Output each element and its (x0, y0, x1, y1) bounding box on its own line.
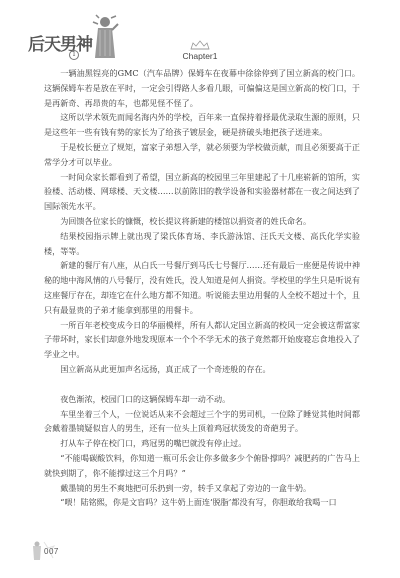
paragraph: 打从车子停在校门口，鸡冠男的嘴巴就没有停止过。 (44, 436, 360, 451)
paragraph: 戴墨镜的男生不爽地把可乐扔到一旁，转手又拿起了旁边的一盒牛奶。 (44, 481, 360, 496)
crown-icon (189, 40, 211, 50)
paragraph: 国立新高从此更加声名远扬，真正成了一个奇迹般的存在。 (44, 362, 360, 377)
paragraph: 一所百年老校变成今日的华丽模样，所有人都认定国立新高的校风一定会被这帮富家子带坏… (44, 318, 360, 362)
paragraph: 车里坐着三个人，一位说话从来不会超过三个字的男司机，一位除了睡觉其他时间都会戴着… (44, 407, 360, 437)
chapter-body: 一辆油黑锃亮的GMC（汽车品牌）保姆车在夜幕中徐徐停到了国立新高的校门口。这辆保… (44, 66, 360, 510)
paragraph: 一辆油黑锃亮的GMC（汽车品牌）保姆车在夜幕中徐徐停到了国立新高的校门口。这辆保… (44, 66, 360, 110)
paragraph: 夜色渐浓，校园门口的这辆保姆车却一动不动。 (44, 392, 360, 407)
book-title: 后天男神 (28, 30, 92, 55)
chapter-label: Chapter1 (170, 51, 230, 61)
paragraph: “不能喝碳酸饮料，你知道一瓶可乐会让你多做多少个俯卧撑吗？减肥药的广告马上就快到… (44, 451, 360, 481)
character-illustration-icon (90, 14, 120, 58)
paragraph: 于是校长便立了规矩，富家子弟想入学，就必须要为学校做贡献，而且必须要高于正常学分… (44, 140, 360, 170)
paragraph: 这所以学术领先而闻名海内外的学校，百年来一直保持着择最优录取生源的原则，只是这些… (44, 110, 360, 140)
paragraph: 结果校园指示牌上就出现了梁氏体育场、李氏游泳馆、汪氏天文楼、高氏化学实验楼，等等… (44, 229, 360, 259)
page-number: 007 (44, 547, 59, 556)
chapter-heading: Chapter1 (170, 40, 230, 61)
volume-mark: 1 (69, 50, 79, 60)
paragraph: 为回馈各位家长的慷慨，校长提议将新建的楼馆以捐资者的姓氏命名。 (44, 214, 360, 229)
page-footer: 007 (30, 540, 90, 562)
paragraph: 一时间众家长都看到了希望，国立新高的校园里三年里建起了十几座崭新的馆所，实验楼、… (44, 170, 360, 214)
paragraph: “喂！陆铭熙，你是文盲吗？这牛奶上面连‘脱脂’都没有写，你胆敢给我喝一口 (44, 495, 360, 510)
paragraph: 新建的餐厅有八座，从白氏一号餐厅到马氏七号餐厅……还有最后一座便是传说中神秘的地… (44, 258, 360, 317)
book-logo: 后天男神 1 (28, 14, 118, 58)
